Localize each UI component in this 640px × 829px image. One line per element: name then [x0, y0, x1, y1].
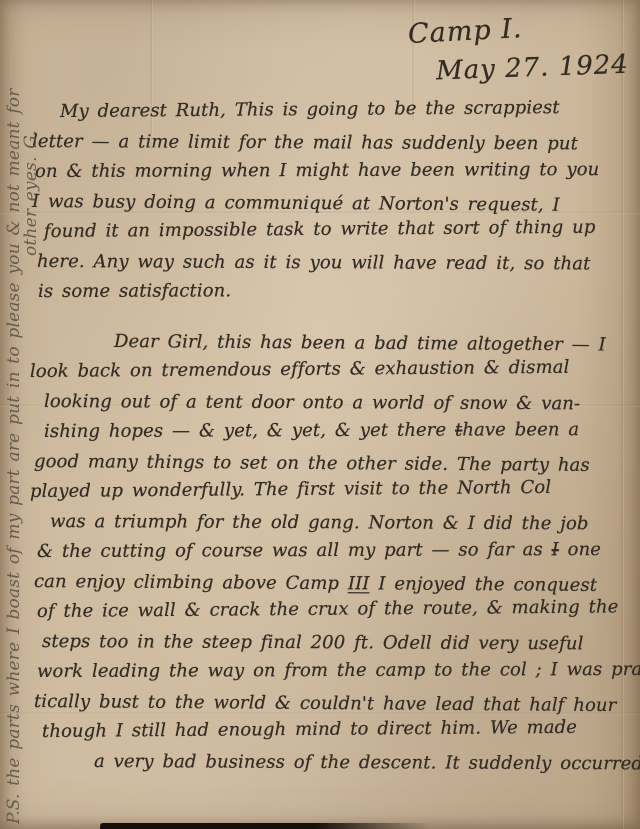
letter-line: on & this morning when I might have been… — [35, 155, 634, 187]
letter-line: & the cutting of course was all my part … — [37, 535, 634, 567]
letter-body: My dearest Ruth, This is going to be the… — [30, 97, 634, 777]
letter-line: though I still had enough mind to direct… — [42, 712, 634, 747]
letter-line: look back on tremendous efforts & exhaus… — [30, 352, 634, 387]
heading-date: May 27. 1924 — [436, 50, 630, 87]
letter-line: is some satisfaction. — [38, 275, 634, 307]
letter-line: of the ice wall & crack the crux of the … — [37, 592, 634, 627]
letter-line: played up wonderfully. The first visit t… — [30, 472, 634, 507]
letter-line: found it an impossible task to write tha… — [44, 212, 634, 247]
letter-page: Camp I. May 27. 1924 My dearest Ruth, Th… — [0, 0, 640, 829]
letter-line: ishing hopes — & yet, & yet, & yet there… — [44, 415, 634, 447]
heading-location: Camp I. — [407, 13, 523, 50]
letter-line: a very bad business of the descent. It s… — [94, 747, 634, 779]
postscript-line-2: other eyes. G. — [23, 12, 40, 824]
letter-line: work leading the way on from the camp to… — [37, 655, 634, 687]
margin-postscript: P.S. the parts where I boast of my part … — [6, 12, 40, 824]
letter-line: My dearest Ruth, This is going to be the… — [60, 92, 634, 127]
scan-edge-artifact — [100, 823, 430, 829]
